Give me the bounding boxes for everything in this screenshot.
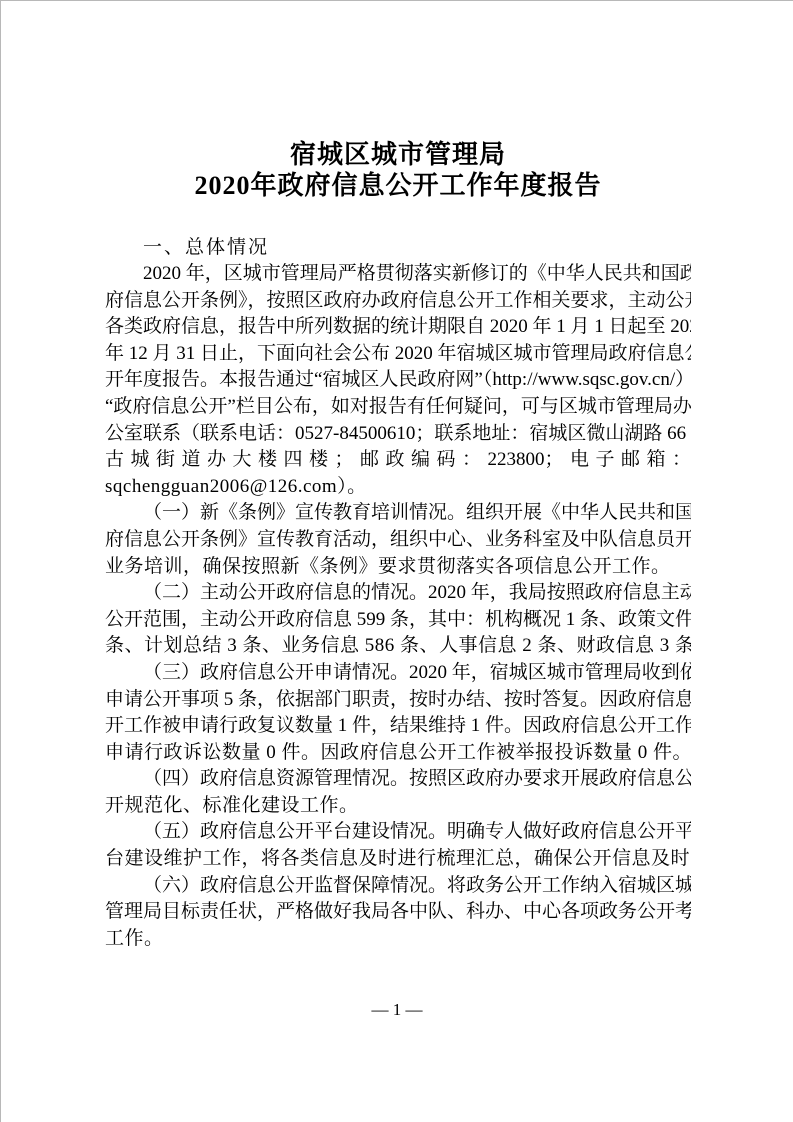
paragraph-line: 府信息公开条例》宣传教育活动，组织中心、业务科室及中队信息员开展 <box>105 527 691 554</box>
page-number: — 1 — <box>1 999 793 1021</box>
paragraph-line: （三）政府信息公开申请情况。2020 年，宿城区城市管理局收到依 <box>105 660 691 687</box>
paragraph-line: （二）主动公开政府信息的情况。2020 年，我局按照政府信息主动 <box>105 580 691 607</box>
document-title-line1: 宿城区城市管理局 <box>105 139 691 170</box>
paragraph-line: 古城街道办大楼四楼；邮政编码：223800；电子邮箱： <box>105 447 691 474</box>
paragraph-line: 2020 年，区城市管理局严格贯彻落实新修订的《中华人民共和国政 <box>105 261 691 288</box>
paragraph: 2020 年，区城市管理局严格贯彻落实新修订的《中华人民共和国政府信息公开条例》… <box>105 261 691 500</box>
paragraph-line: sqchengguan2006@126.com）。 <box>105 474 691 501</box>
paragraph-line: 工作。 <box>105 926 691 953</box>
section-heading: 一、总体情况 <box>105 234 691 261</box>
paragraph-line: 开规范化、标准化建设工作。 <box>105 793 691 820</box>
paragraph-line: （四）政府信息资源管理情况。按照区政府办要求开展政府信息公 <box>105 766 691 793</box>
paragraph-line: 台建设维护工作，将各类信息及时进行梳理汇总，确保公开信息及时高效。 <box>105 846 691 873</box>
document-title-line2: 2020年政府信息公开工作年度报告 <box>105 170 691 201</box>
paragraph-line: 开年度报告。本报告通过“宿城区人民政府网”（http://www.sqsc.go… <box>105 367 691 394</box>
paragraph-line: 申请行政诉讼数量 0 件。因政府信息公开工作被举报投诉数量 0 件。 <box>105 740 691 767</box>
paragraph-line: 府信息公开条例》，按照区政府办政府信息公开工作相关要求，主动公开 <box>105 288 691 315</box>
paragraph-line: 管理局目标责任状，严格做好我局各中队、科办、中心各项政务公开考核 <box>105 899 691 926</box>
paragraph-line: 公室联系（联系电话：0527-84500610；联系地址：宿城区微山湖路 66 … <box>105 421 691 448</box>
paragraph: （三）政府信息公开申请情况。2020 年，宿城区城市管理局收到依申请公开事项 5… <box>105 660 691 766</box>
paragraph: （五）政府信息公开平台建设情况。明确专人做好政府信息公开平台建设维护工作，将各类… <box>105 819 691 872</box>
paragraph-line: 业务培训，确保按照新《条例》要求贯彻落实各项信息公开工作。 <box>105 554 691 581</box>
paragraph-line: （一）新《条例》宣传教育培训情况。组织开展《中华人民共和国政 <box>105 500 691 527</box>
paragraph-line: 条、计划总结 3 条、业务信息 586 条、人事信息 2 条、财政信息 3 条。 <box>105 633 691 660</box>
document-page: 宿城区城市管理局 2020年政府信息公开工作年度报告 一、总体情况 2020 年… <box>0 0 793 1122</box>
paragraph-line: 各类政府信息，报告中所列数据的统计期限自 2020 年 1 月 1 日起至 20… <box>105 314 691 341</box>
paragraph-line: 公开范围，主动公开政府信息 599 条，其中：机构概况 1 条、政策文件 4 <box>105 607 691 634</box>
paragraph-line: 申请公开事项 5 条，依据部门职责，按时办结、按时答复。因政府信息公 <box>105 687 691 714</box>
document-content: 宿城区城市管理局 2020年政府信息公开工作年度报告 一、总体情况 2020 年… <box>105 1 691 952</box>
document-title: 宿城区城市管理局 2020年政府信息公开工作年度报告 <box>105 139 691 201</box>
paragraph: （六）政府信息公开监督保障情况。将政务公开工作纳入宿城区城市管理局目标责任状，严… <box>105 873 691 953</box>
paragraph-line: 开工作被申请行政复议数量 1 件，结果维持 1 件。因政府信息公开工作被 <box>105 713 691 740</box>
paragraph: （四）政府信息资源管理情况。按照区政府办要求开展政府信息公开规范化、标准化建设工… <box>105 766 691 819</box>
paragraph-line: （五）政府信息公开平台建设情况。明确专人做好政府信息公开平 <box>105 819 691 846</box>
body-paragraphs: 2020 年，区城市管理局严格贯彻落实新修订的《中华人民共和国政府信息公开条例》… <box>105 261 691 952</box>
paragraph-line: “政府信息公开”栏目公布，如对报告有任何疑问，可与区城市管理局办 <box>105 394 691 421</box>
paragraph-line: 年 12 月 31 日止，下面向社会公布 2020 年宿城区城市管理局政府信息公 <box>105 341 691 368</box>
paragraph-line: （六）政府信息公开监督保障情况。将政务公开工作纳入宿城区城市 <box>105 873 691 900</box>
paragraph: （一）新《条例》宣传教育培训情况。组织开展《中华人民共和国政府信息公开条例》宣传… <box>105 500 691 580</box>
paragraph: （二）主动公开政府信息的情况。2020 年，我局按照政府信息主动公开范围，主动公… <box>105 580 691 660</box>
